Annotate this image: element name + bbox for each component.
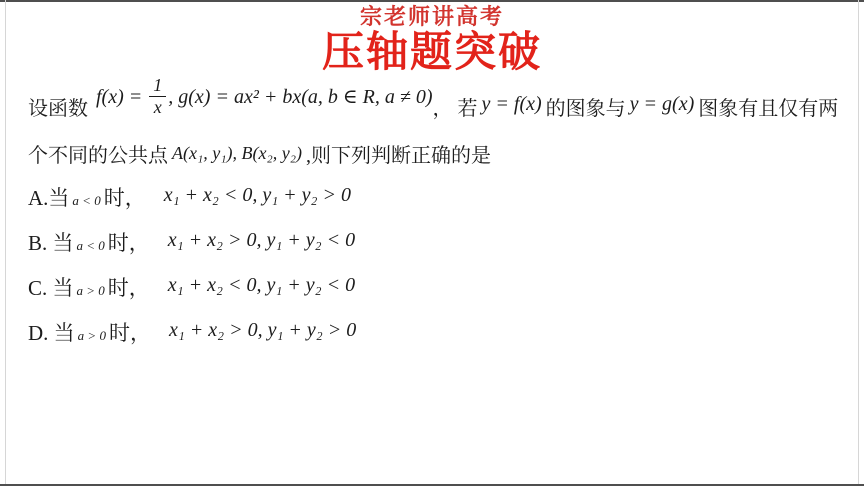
option-a-condition: a < 0 [72,193,100,208]
answer-options: A.当a < 0时，x₁ + x₂ < 0, y₁ + y₂ > 0 B. 当a… [28,182,844,345]
option-d-formula: x₁ + x₂ > 0, y₁ + y₂ > 0 [169,319,356,341]
option-c-label: C. 当 [28,276,74,300]
problem-line-1: 设函数f(x) = 1x, g(x) = ax² + bx(a, b ∈ R, … [28,90,844,131]
frame-left-line [5,0,6,486]
points-ab-formula: A(x₁, y₁), B(x₂, y₂) [172,143,302,163]
y-equals-f-formula: y = f(x) [482,93,542,115]
g-definition: , g(x) = ax² + bx(a, b ∈ R, a ≠ 0) [168,86,432,108]
problem-body: 设函数f(x) = 1x, g(x) = ax² + bx(a, b ∈ R, … [0,90,864,345]
intro-text: 设函数 [28,98,88,120]
option-b-condition: a < 0 [77,238,105,253]
y-equals-g-formula: y = g(x) [630,93,695,115]
option-d: D. 当a > 0时，x₁ + x₂ > 0, y₁ + y₂ > 0 [28,317,844,345]
common-points-text: 个不同的公共点 [28,145,168,167]
option-c: C. 当a > 0时，x₁ + x₂ < 0, y₁ + y₂ < 0 [28,272,844,300]
frame-right-line [858,0,859,486]
option-d-shi-text: 时， [109,321,151,345]
frame-top-line [0,0,864,2]
option-c-condition: a > 0 [77,283,105,298]
function-definition-formula: f(x) = 1x, g(x) = ax² + bx(a, b ∈ R, a ≠… [96,86,433,108]
channel-name: 宗老师讲高考 [0,5,864,29]
option-b-label: B. 当 [28,231,74,255]
option-c-formula: x₁ + x₂ < 0, y₁ + y₂ < 0 [168,274,355,296]
option-c-shi-text: 时， [108,276,150,300]
fraction-numerator: 1 [149,76,166,97]
option-a: A.当a < 0时，x₁ + x₂ < 0, y₁ + y₂ > 0 [28,182,844,210]
comma-ruo-text: ， 若 [433,98,478,120]
which-judgement-text: ,则下列判断正确的是 [306,145,491,167]
fraction-one-over-x: 1x [149,76,166,117]
option-b: B. 当a < 0时，x₁ + x₂ > 0, y₁ + y₂ < 0 [28,227,844,255]
exactly-two-text: 图象有且仅有两 [698,98,838,120]
option-a-shi-text: 时， [104,186,146,210]
option-d-label: D. 当 [28,321,75,345]
f-definition: f(x) = [96,86,147,108]
graph-and-text: 的图象与 [546,98,626,120]
option-b-formula: x₁ + x₂ > 0, y₁ + y₂ < 0 [168,229,355,251]
option-a-formula: x₁ + x₂ < 0, y₁ + y₂ > 0 [164,184,351,206]
option-a-label: A.当 [28,186,69,210]
page-title: 压轴题突破 [0,31,864,75]
fraction-denominator: x [149,97,166,117]
problem-line-2: 个不同的公共点A(x₁, y₁), B(x₂, y₂),则下列判断正确的是 [28,139,844,168]
option-d-condition: a > 0 [78,328,106,343]
option-b-shi-text: 时， [108,231,150,255]
